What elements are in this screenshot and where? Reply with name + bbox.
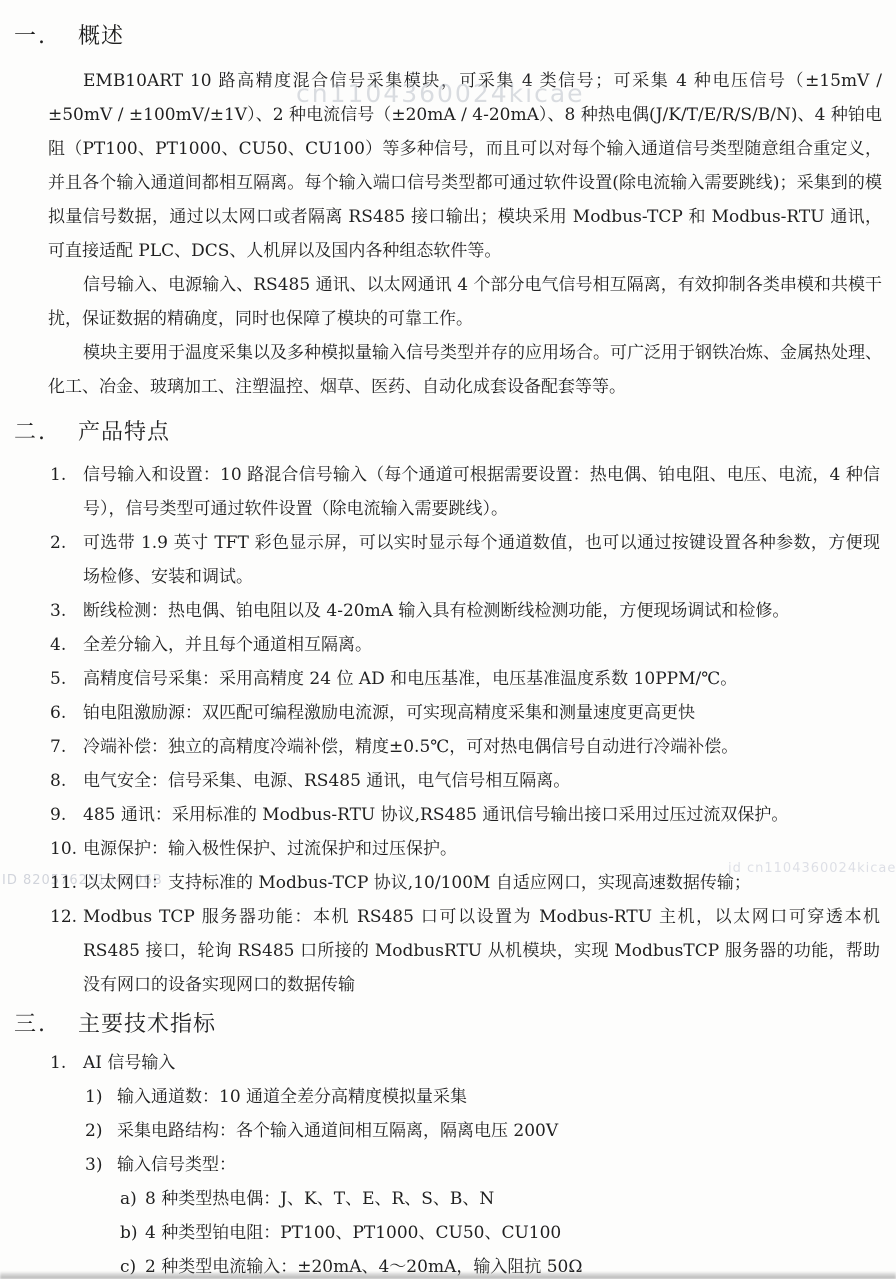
- section-title: 主要技术指标: [78, 1012, 216, 1037]
- section-overview: 一.概述 EMB10ART 10 路高精度混合信号采集模块，可采集 4 类信号；…: [0, 20, 896, 404]
- section-heading-features: 二.产品特点: [14, 416, 896, 450]
- feature-item: 1.信号输入和设置：10 路混合信号输入（每个通道可根据需要设置：热电偶、铂电阻…: [0, 458, 880, 526]
- item-number: 3.: [50, 594, 66, 628]
- item-number: 3): [85, 1148, 102, 1182]
- item-text: 电源保护：输入极性保护、过流保护和过压保护。: [83, 839, 457, 859]
- item-number: 5.: [50, 662, 66, 696]
- item-text: 输入信号类型：: [117, 1155, 236, 1175]
- feature-item: 7.冷端补偿：独立的高精度冷端补偿，精度±0.5℃，可对热电偶信号自动进行冷端补…: [0, 730, 880, 764]
- feature-item: 8.电气安全：信号采集、电源、RS485 通讯，电气信号相互隔离。: [0, 764, 880, 798]
- feature-item: 10.电源保护：输入极性保护、过流保护和过压保护。: [0, 832, 880, 866]
- item-number: 1.: [50, 1046, 66, 1080]
- item-text: 以太网口：支持标准的 Modbus-TCP 协议,10/100M 自适应网口，实…: [83, 873, 751, 893]
- section-title: 产品特点: [78, 420, 170, 445]
- item-number: a): [120, 1182, 137, 1216]
- item-number: 10.: [50, 832, 77, 866]
- spec-signal-type: a)8 种类型热电偶：J、K、T、E、R、S、B、N: [0, 1182, 880, 1216]
- item-number: 11.: [50, 866, 77, 900]
- section-number: 三.: [14, 1008, 78, 1042]
- item-text: 全差分输入，并且每个通道相互隔离。: [83, 635, 372, 655]
- item-text: AI 信号输入: [83, 1053, 175, 1073]
- feature-item: 3.断线检测：热电偶、铂电阻以及 4-20mA 输入具有检测断线检测功能，方便现…: [0, 594, 880, 628]
- item-text: 可选带 1.9 英寸 TFT 彩色显示屏，可以实时显示每个通道数值，也可以通过按…: [83, 533, 880, 587]
- item-number: 1.: [50, 458, 66, 492]
- item-text: 4 种类型铂电阻：PT100、PT1000、CU50、CU100: [145, 1223, 561, 1243]
- document-page: cn1104360024kicae ID 82057625104506B jd …: [0, 0, 896, 1279]
- feature-item: 4.全差分输入，并且每个通道相互隔离。: [0, 628, 880, 662]
- spec-subitem: 2)采集电路结构：各个输入通道间相互隔离，隔离电压 200V: [0, 1114, 880, 1148]
- item-text: 输入通道数：10 通道全差分高精度模拟量采集: [117, 1087, 467, 1107]
- item-text: Modbus TCP 服务器功能：本机 RS485 口可以设置为 Modbus-…: [83, 907, 880, 995]
- section-specs: 三.主要技术指标 1.AI 信号输入 1)输入通道数：10 通道全差分高精度模拟…: [0, 1008, 896, 1279]
- item-number: 4.: [50, 628, 66, 662]
- item-number: 1): [85, 1080, 102, 1114]
- item-text: 高精度信号采集：采用高精度 24 位 AD 和电压基准，电压基准温度系数 10P…: [83, 669, 737, 689]
- item-text: 铂电阻激励源：双匹配可编程激励电流源，可实现高精度采集和测量速度更高更快: [83, 703, 695, 723]
- section-features: 二.产品特点 1.信号输入和设置：10 路混合信号输入（每个通道可根据需要设置：…: [0, 416, 896, 1002]
- item-text: 485 通讯：采用标准的 Modbus-RTU 协议,RS485 通讯信号输出接…: [83, 805, 788, 825]
- section-heading-overview: 一.概述: [14, 20, 896, 54]
- section-number: 一.: [14, 20, 78, 54]
- spec-subitem: 1)输入通道数：10 通道全差分高精度模拟量采集: [0, 1080, 880, 1114]
- feature-item: 6.铂电阻激励源：双匹配可编程激励电流源，可实现高精度采集和测量速度更高更快: [0, 696, 880, 730]
- section-heading-specs: 三.主要技术指标: [14, 1008, 896, 1042]
- item-number: b): [120, 1216, 138, 1250]
- item-text: 断线检测：热电偶、铂电阻以及 4-20mA 输入具有检测断线检测功能，方便现场调…: [83, 601, 789, 621]
- spec-signal-type: b)4 种类型铂电阻：PT100、PT1000、CU50、CU100: [0, 1216, 880, 1250]
- item-number: 9.: [50, 798, 66, 832]
- section-title: 概述: [78, 24, 124, 49]
- spec-item: 1.AI 信号输入: [0, 1046, 880, 1080]
- item-text: 电气安全：信号采集、电源、RS485 通讯，电气信号相互隔离。: [83, 771, 570, 791]
- feature-item: 12.Modbus TCP 服务器功能：本机 RS485 口可以设置为 Modb…: [0, 900, 880, 1002]
- spec-subitem: 3)输入信号类型：: [0, 1148, 880, 1182]
- item-text: 冷端补偿：独立的高精度冷端补偿，精度±0.5℃，可对热电偶信号自动进行冷端补偿。: [83, 737, 738, 757]
- feature-item: 11.以太网口：支持标准的 Modbus-TCP 协议,10/100M 自适应网…: [0, 866, 880, 900]
- feature-item: 9.485 通讯：采用标准的 Modbus-RTU 协议,RS485 通讯信号输…: [0, 798, 880, 832]
- item-number: 2): [85, 1114, 102, 1148]
- section-number: 二.: [14, 416, 78, 450]
- page-bottom-edge: [0, 1272, 896, 1279]
- item-number: 12.: [50, 900, 77, 934]
- feature-item: 5.高精度信号采集：采用高精度 24 位 AD 和电压基准，电压基准温度系数 1…: [0, 662, 880, 696]
- overview-paragraph: EMB10ART 10 路高精度混合信号采集模块，可采集 4 类信号；可采集 4…: [48, 64, 882, 268]
- item-number: 2.: [50, 526, 66, 560]
- item-number: 6.: [50, 696, 66, 730]
- item-number: 8.: [50, 764, 66, 798]
- overview-paragraph: 模块主要用于温度采集以及多种模拟量输入信号类型并存的应用场合。可广泛用于钢铁冶炼…: [48, 336, 882, 404]
- item-text: 信号输入和设置：10 路混合信号输入（每个通道可根据需要设置：热电偶、铂电阻、电…: [83, 465, 880, 519]
- item-number: 7.: [50, 730, 66, 764]
- overview-paragraph: 信号输入、电源输入、RS485 通讯、以太网通讯 4 个部分电气信号相互隔离，有…: [48, 268, 882, 336]
- item-text: 采集电路结构：各个输入通道间相互隔离，隔离电压 200V: [117, 1121, 558, 1141]
- item-text: 8 种类型热电偶：J、K、T、E、R、S、B、N: [145, 1189, 494, 1209]
- feature-item: 2.可选带 1.9 英寸 TFT 彩色显示屏，可以实时显示每个通道数值，也可以通…: [0, 526, 880, 594]
